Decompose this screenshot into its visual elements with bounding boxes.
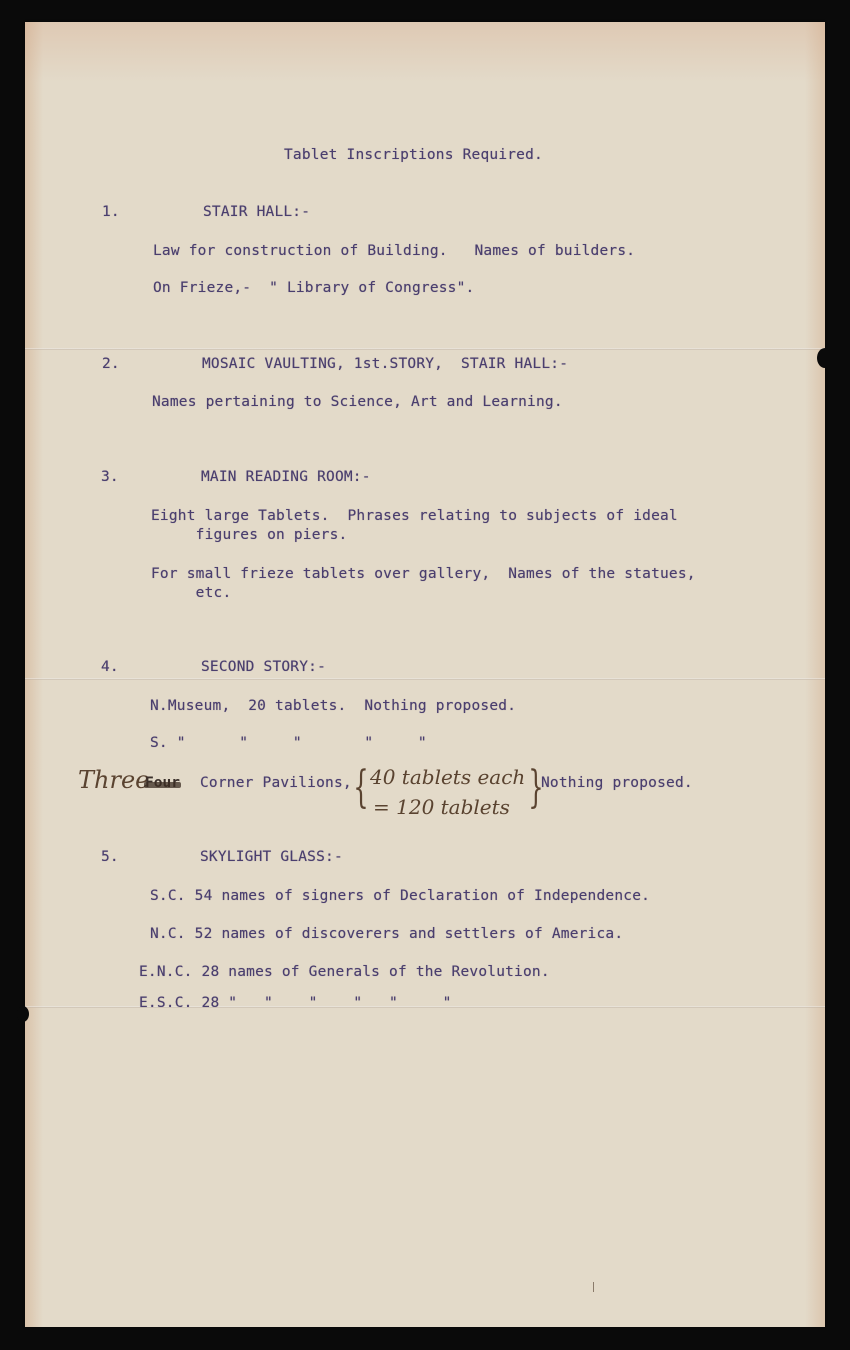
section-line: etc. bbox=[151, 586, 231, 601]
section-number: 4. bbox=[101, 660, 119, 675]
paper-notch bbox=[17, 1006, 29, 1022]
section-line: E.N.C. 28 names of Generals of the Revol… bbox=[139, 965, 550, 980]
section-number: 3. bbox=[101, 470, 119, 485]
section-heading: STAIR HALL:- bbox=[203, 205, 310, 220]
document-page: Tablet Inscriptions Required. 1. STAIR H… bbox=[25, 22, 825, 1327]
section-line: Eight large Tablets. Phrases relating to… bbox=[151, 509, 678, 524]
pavilions-status: Nothing proposed. bbox=[541, 776, 693, 791]
section-line: On Frieze,- " Library of Congress". bbox=[153, 281, 474, 296]
section-line: Law for construction of Building. Names … bbox=[153, 244, 635, 259]
document-title: Tablet Inscriptions Required. bbox=[284, 148, 543, 163]
section-line: N.Museum, 20 tablets. Nothing proposed. bbox=[150, 699, 516, 714]
section-line: Names pertaining to Science, Art and Lea… bbox=[152, 395, 563, 410]
pavilions-label: Corner Pavilions, bbox=[200, 776, 352, 791]
struck-word: Four bbox=[145, 776, 180, 791]
section-line: E.S.C. 28 " " " " " " bbox=[139, 996, 452, 1011]
section-line: N.C. 52 names of discoverers and settler… bbox=[150, 927, 623, 942]
fold-line bbox=[25, 678, 825, 680]
section-line: S.C. 54 names of signers of Declaration … bbox=[150, 889, 650, 904]
section-heading: MAIN READING ROOM:- bbox=[201, 470, 371, 485]
section-heading: MOSAIC VAULTING, 1st.STORY, STAIR HALL:- bbox=[202, 357, 568, 372]
section-line: figures on piers. bbox=[151, 528, 347, 543]
section-heading: SKYLIGHT GLASS:- bbox=[200, 850, 343, 865]
left-brace: { bbox=[353, 766, 368, 810]
handwritten-note: 40 tablets each bbox=[370, 767, 525, 787]
section-heading: SECOND STORY:- bbox=[201, 660, 326, 675]
handwritten-note: = 120 tablets bbox=[373, 797, 510, 817]
section-line: S. " " " " " bbox=[150, 736, 427, 751]
section-number: 2. bbox=[102, 357, 120, 372]
fold-line bbox=[25, 348, 825, 350]
section-number: 5. bbox=[101, 850, 119, 865]
section-line: For small frieze tablets over gallery, N… bbox=[151, 567, 696, 582]
paper-mark bbox=[593, 1282, 594, 1292]
paper-notch bbox=[817, 348, 833, 368]
section-number: 1. bbox=[102, 205, 120, 220]
handwritten-correction: Three bbox=[78, 768, 149, 792]
